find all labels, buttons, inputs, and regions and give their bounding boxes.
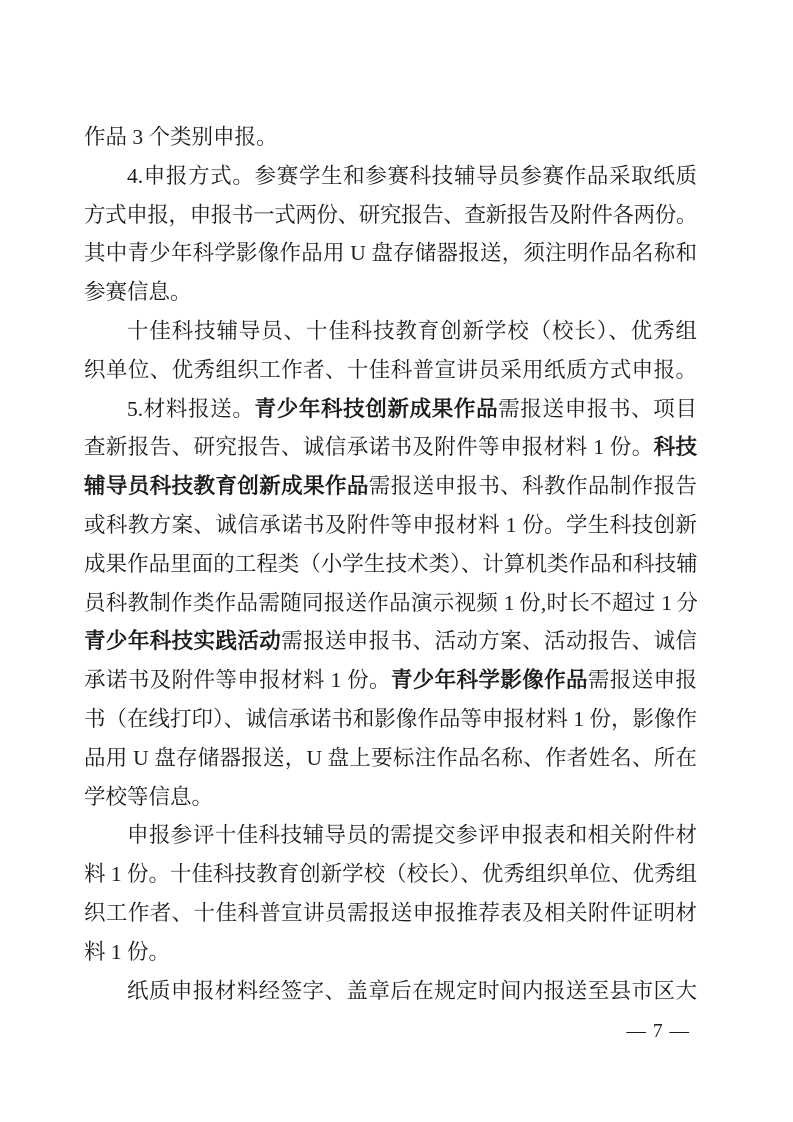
emphasis-text: 青少年科技创新成果作品 [255,397,499,421]
body-text: 4.申报方式。参赛学生和参赛科技辅导员参赛作品采取纸质 [127,164,697,188]
text-line: 员科教制作类作品需随同报送作品演示视频 1 份,时长不超过 1 分钟。 [84,584,697,623]
body-text: 需报送申报书、科教作品制作报告 [369,474,697,498]
body-text: 需报送申报书、活动方案、活动报告、诚信 [281,629,697,653]
body-text: 方式申报，申报书一式两份、研究报告、查新报告及附件各两份。 [84,203,697,227]
body-text: 员科教制作类作品需随同报送作品演示视频 1 份,时长不超过 1 分钟。 [84,591,697,623]
text-line: 或科教方案、诚信承诺书及附件等申报材料 1 份。学生科技创新 [84,506,697,545]
text-line: 书（在线打印）、诚信承诺书和影像作品等申报材料 1 份，影像作 [84,700,697,739]
body-text: 申报参评十佳科技辅导员的需提交参评申报表和相关附件材 [127,823,697,847]
emphasis-text: 辅导员科技教育创新成果作品 [84,474,369,498]
body-text: 书（在线打印）、诚信承诺书和影像作品等申报材料 1 份，影像作 [84,707,697,731]
body-text: 5.材料报送。 [127,397,255,421]
body-text: 学校等信息。 [84,785,213,809]
text-line: 十佳科技辅导员、十佳科技教育创新学校（校长）、优秀组 [84,312,697,351]
text-line: 其中青少年科学影像作品用 U 盘存储器报送，须注明作品名称和 [84,234,697,273]
body-text: 料 1 份。十佳科技教育创新学校（校长）、优秀组织单位、优秀组 [84,862,697,886]
body-text: 其中青少年科学影像作品用 U 盘存储器报送，须注明作品名称和 [84,241,697,265]
text-line: 5.材料报送。青少年科技创新成果作品需报送申报书、项目 [84,390,697,429]
text-line: 料 1 份。 [84,933,697,972]
text-line: 织工作者、十佳科普宣讲员需报送申报推荐表及相关附件证明材 [84,894,697,933]
body-text: 或科教方案、诚信承诺书及附件等申报材料 1 份。学生科技创新 [84,513,697,537]
body-text: 需报送申报 [588,668,697,692]
body-text: 品用 U 盘存储器报送，U 盘上要标注作品名称、作者姓名、所在 [84,746,697,770]
text-line: 辅导员科技教育创新成果作品需报送申报书、科教作品制作报告 [84,467,697,506]
document-page: 作品 3 个类别申报。4.申报方式。参赛学生和参赛科技辅导员参赛作品采取纸质方式… [0,0,793,1122]
body-text: 织工作者、十佳科普宣讲员需报送申报推荐表及相关附件证明材 [84,901,697,925]
text-line: 料 1 份。十佳科技教育创新学校（校长）、优秀组织单位、优秀组 [84,855,697,894]
text-line: 承诺书及附件等申报材料 1 份。青少年科学影像作品需报送申报 [84,661,697,700]
body-text: 料 1 份。 [84,940,170,964]
text-line: 学校等信息。 [84,778,697,817]
document-body: 作品 3 个类别申报。4.申报方式。参赛学生和参赛科技辅导员参赛作品采取纸质方式… [84,118,697,1010]
emphasis-text: 青少年科学影像作品 [391,668,588,692]
body-text: 查新报告、研究报告、诚信承诺书及附件等申报材料 1 份。 [84,435,654,459]
body-text: 织单位、优秀组织工作者、十佳科普宣讲员采用纸质方式申报。 [84,358,697,382]
body-text: 成果作品里面的工程类（小学生技术类）、计算机类作品和科技辅导 [84,552,697,584]
text-line: 4.申报方式。参赛学生和参赛科技辅导员参赛作品采取纸质 [84,157,697,196]
text-line: 参赛信息。 [84,273,697,312]
text-line: 青少年科技实践活动需报送申报书、活动方案、活动报告、诚信 [84,622,697,661]
body-text: 参赛信息。 [84,280,192,304]
text-line: 织单位、优秀组织工作者、十佳科普宣讲员采用纸质方式申报。 [84,351,697,390]
page-number: — 7 — [627,1018,691,1046]
text-line: 成果作品里面的工程类（小学生技术类）、计算机类作品和科技辅导 [84,545,697,584]
body-text: 作品 3 个类别申报。 [84,125,278,149]
text-line: 申报参评十佳科技辅导员的需提交参评申报表和相关附件材 [84,816,697,855]
body-text: 承诺书及附件等申报材料 1 份。 [84,668,391,692]
text-line: 品用 U 盘存储器报送，U 盘上要标注作品名称、作者姓名、所在 [84,739,697,778]
text-line: 方式申报，申报书一式两份、研究报告、查新报告及附件各两份。 [84,196,697,235]
body-text: 需报送申报书、项目 [498,397,697,421]
text-line: 纸质申报材料经签字、盖章后在规定时间内报送至县市区大 [84,972,697,1011]
text-line: 作品 3 个类别申报。 [84,118,697,157]
emphasis-text: 科技 [654,435,697,459]
body-text: 纸质申报材料经签字、盖章后在规定时间内报送至县市区大 [127,979,697,1003]
emphasis-text: 青少年科技实践活动 [84,629,281,653]
body-text: 十佳科技辅导员、十佳科技教育创新学校（校长）、优秀组 [127,319,697,343]
text-line: 查新报告、研究报告、诚信承诺书及附件等申报材料 1 份。科技 [84,428,697,467]
